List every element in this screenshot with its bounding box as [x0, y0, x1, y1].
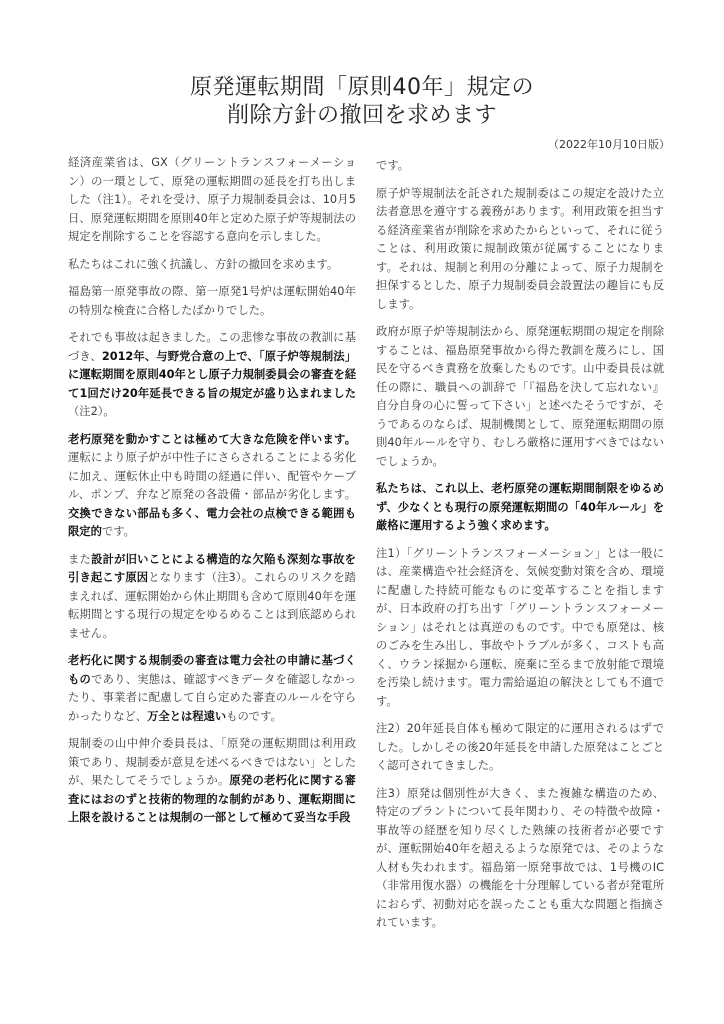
paragraph-aging-danger: 老朽原発を動かすことは極めて大きな危険を伴います。運転により原子炉が中性子にさら…	[68, 431, 356, 542]
footnote-2: 注2）20年延長自体も極めて限定的に運用されるはずでした。しかしその後20年延長…	[376, 720, 664, 776]
paragraph-fukushima: 福島第一原発事故の際、第一原発1号炉は運転開始40年の特別な検査に合格したばかり…	[68, 283, 356, 320]
text-span: です。	[102, 525, 135, 538]
text-span: また	[68, 553, 91, 566]
emphasis-text: 私たちは、これ以上、老朽原発の運転期間制限をゆるめず、少なくとも現行の原発運転期…	[376, 482, 664, 532]
paragraph-review: 老朽化に関する規制委の審査は電力会社の申請に基づくものであり、実態は、確認すべき…	[68, 652, 356, 726]
paragraph-design-defect: また設計が旧いことによる構造的な欠陥も深刻な事故を引き起こす原因となります（注3…	[68, 551, 356, 644]
text-span: ものです。	[226, 710, 282, 723]
paragraph-legislative-intent: 原子炉等規制法を託された規制委はこの規定を設けた立法者意思を遵守する義務がありま…	[376, 185, 664, 315]
paragraph-intro: 経済産業省は、GX（グリーントランスフォーメーション）の一環として、原発の運転期…	[68, 154, 356, 247]
paragraph-government: 政府が原子炉等規制法から、原発運転期間の規定を削除することは、福島原発事故から得…	[376, 323, 664, 471]
footnote-1: 注1）「グリーントランスフォーメーション」とは一般には、産業構造や社会経済を、気…	[376, 545, 664, 712]
document-title: 原発運転期間「原則40年」規定の 削除方針の撤回を求めます	[0, 74, 724, 130]
edition-date: （2022年10月10日版）	[470, 136, 670, 152]
emphasis-text: 老朽原発を動かすことは極めて大きな危険を伴います。	[68, 433, 356, 446]
title-line-1: 原発運転期間「原則40年」規定の	[0, 74, 724, 102]
emphasis-text: 2012年、与野党合意の上で、「原子炉等規制法」に運転期間を原則40年とし原子力…	[68, 350, 356, 400]
right-column: です。 原子炉等規制法を託された規制委はこの規定を設けた立法者意思を遵守する義務…	[376, 157, 664, 942]
paragraph-demand: 私たちは、これ以上、老朽原発の運転期間制限をゆるめず、少なくとも現行の原発運転期…	[376, 480, 664, 536]
emphasis-text: 万全とは程遠い	[147, 710, 226, 723]
text-span: 運転により原子炉が中性子にさらされることによる劣化に加え、運転休止中も時間の経過…	[68, 451, 356, 501]
paragraph-protest: 私たちはこれに強く抗議し、方針の撤回を求めます。	[68, 256, 356, 275]
title-line-2: 削除方針の撤回を求めます	[0, 102, 724, 130]
paragraph-chairman-cont: です。	[376, 157, 664, 176]
note-ref: （注2）。	[68, 405, 115, 418]
paragraph-chairman: 規制委の山中伸介委員長は、「原発の運転期間は利用政策であり、規制委が意見を述べる…	[68, 735, 356, 828]
footnote-3: 注3）原発は個別性が大きく、また複雑な構造のため、特定のプラントについて長年関わ…	[376, 785, 664, 933]
left-column: 経済産業省は、GX（グリーントランスフォーメーション）の一環として、原発の運転期…	[68, 154, 356, 837]
paragraph-lesson: それでも事故は起きました。この悲惨な事故の教訓に基づき、2012年、与野党合意の…	[68, 329, 356, 422]
